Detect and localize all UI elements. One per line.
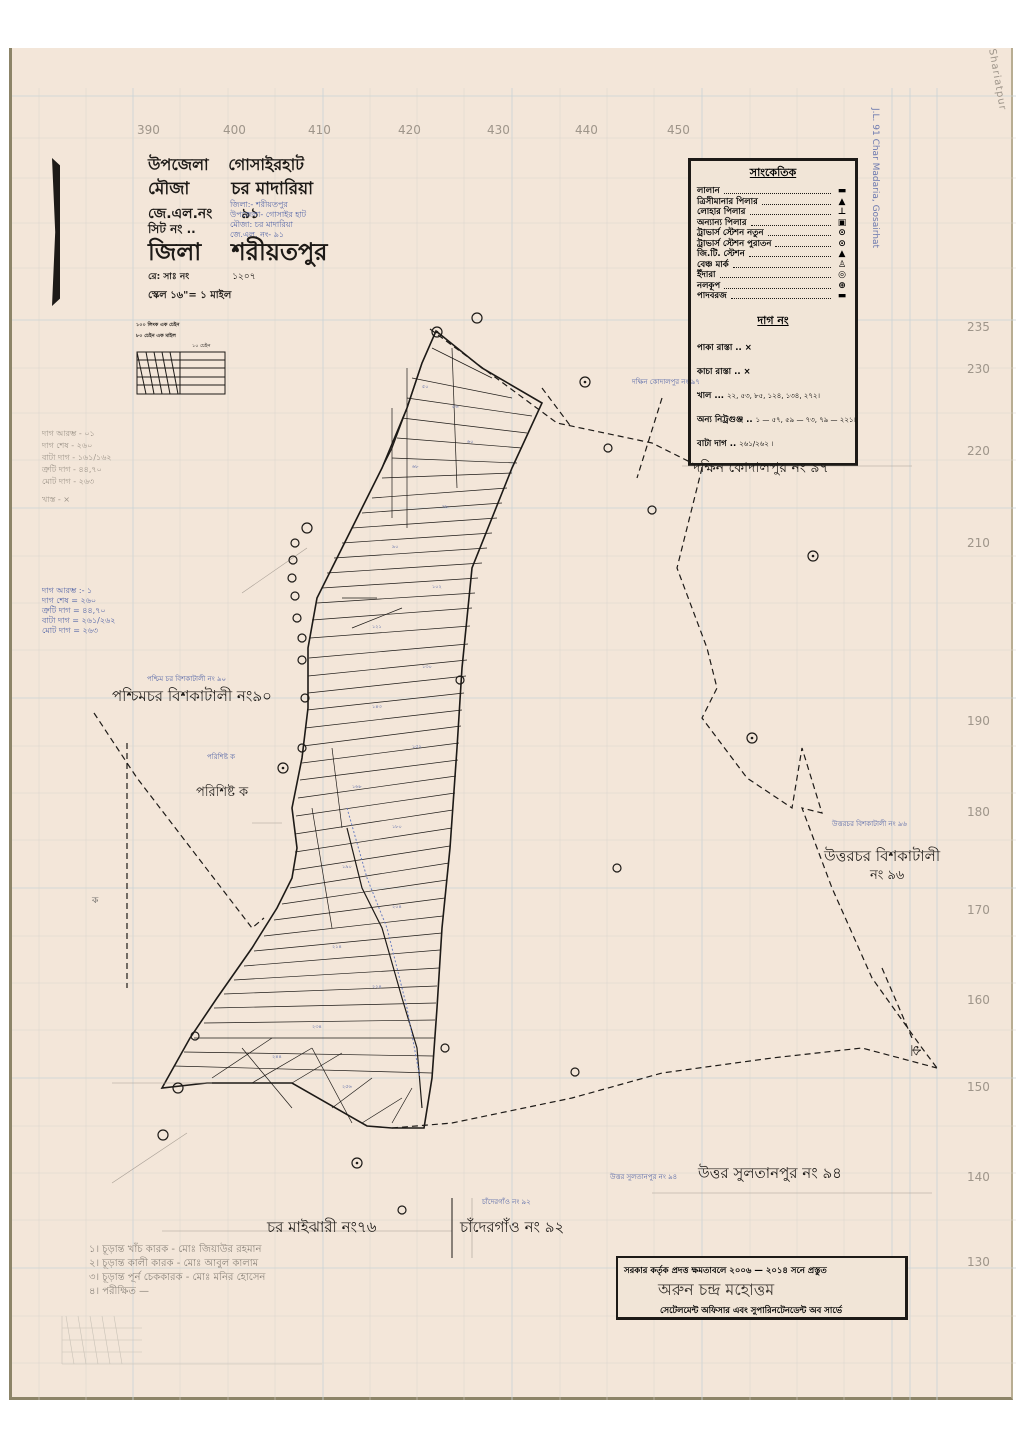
boundary-label-north-east: দক্ষিন কোদালপুর নং ৯৭ (693, 456, 829, 480)
svg-text:২২৪: ২২৪ (372, 984, 382, 990)
svg-text:২১৪: ২১৪ (332, 944, 342, 950)
blue-boundary-note: দক্ষিন কোদালপুর নং ৯৭ (632, 376, 700, 388)
svg-text:১৩০: ১৩০ (422, 664, 432, 670)
signature: অরুন চন্দ্র মহোত্তম (658, 1277, 774, 1304)
svg-text:৭৮: ৭৮ (442, 504, 449, 510)
svg-text:৫০: ৫০ (422, 384, 429, 390)
svg-text:৯০: ৯০ (392, 544, 399, 550)
svg-text:৬০: ৬০ (467, 439, 474, 445)
blue-boundary-note: পশ্চিম চর বিশকাটালী নং ৯০ (147, 673, 226, 685)
svg-text:১৬৮: ১৬৮ (352, 784, 362, 790)
blue-boundary-note: উত্তর সুলতানপুর নং ৯৪ (610, 1171, 677, 1183)
svg-text:৬৮: ৬৮ (412, 464, 419, 470)
svg-text:২০৪: ২০৪ (392, 904, 402, 910)
blue-boundary-note: পরিশিষ্ট ক (207, 751, 235, 763)
ka-marker: ক (92, 893, 98, 908)
blue-boundary-note: চাঁদেরগাঁও নং ৯২ (482, 1196, 531, 1208)
svg-text:২৫৬: ২৫৬ (342, 1084, 352, 1090)
svg-text:১৯০: ১৯০ (342, 864, 352, 870)
faint-bottom-grid (52, 1316, 332, 1376)
ka-marker: ক (905, 1045, 930, 1056)
svg-text:১২১: ১২১ (372, 624, 382, 630)
svg-text:১৫২: ১৫২ (412, 744, 422, 750)
signature-bottom-line: সেটেলমেন্ট অফিসার এবং সুপারিনটেনডেন্ট অব… (660, 1304, 842, 1318)
svg-text:১৮০: ১৮০ (392, 824, 402, 830)
boundary-label-south-mid: চাঁদেরগাঁও নং ৯২ (460, 1216, 564, 1241)
boundary-label-annex: পরিশিষ্ট ক (196, 783, 248, 804)
signature-top-line: সরকার কর্তৃক প্রদত্ত ক্ষমতাবলে ২০০৬ — ২০… (624, 1264, 827, 1278)
map-sheet: 390 400 410 420 430 440 450 235 230 220 … (9, 48, 1013, 1400)
boundary-label-west: পশ্চিমচর বিশকাটালী নং৯০ (112, 685, 272, 710)
svg-text:১৪৩: ১৪৩ (372, 704, 382, 710)
bottom-notes: ১। চূড়ান্ত খাঁচ কারক - মোঃ জিয়াউর রহমা… (89, 1243, 265, 1299)
svg-text:২৪৪: ২৪৪ (272, 1054, 282, 1060)
boundary-label-south: চর মাইঝারী নং৭৬ (267, 1216, 377, 1241)
boundary-label-east-no: নং ৯৬ (870, 866, 904, 887)
svg-text:২৩৪: ২৩৪ (312, 1024, 322, 1030)
blue-boundary-note: উত্তরচর বিশকাটালী নং ৯৬ (832, 818, 907, 830)
signature-box: সরকার কর্তৃক প্রদত্ত ক্ষমতাবলে ২০০৬ — ২০… (616, 1256, 908, 1320)
svg-text:৫৬: ৫৬ (452, 404, 459, 410)
boundary-label-south-east: উত্তর সুলতানপুর নং ৯৪ (698, 1162, 842, 1187)
svg-text:১০২: ১০২ (432, 584, 442, 590)
